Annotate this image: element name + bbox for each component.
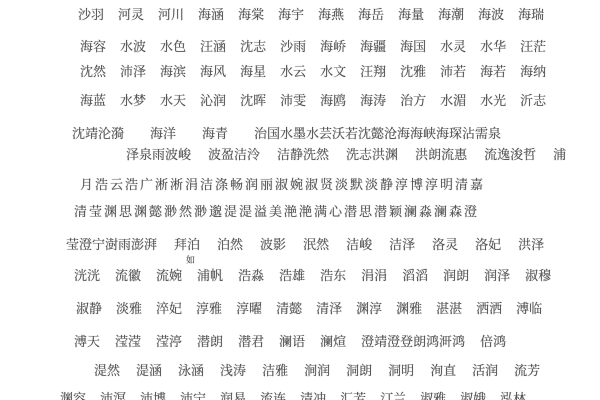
name-token: 澄靖澄登朗鸿涆鸿 [361,334,465,349]
name-token: 汪茫 [520,39,546,54]
name-token: 浅涛 [220,363,246,378]
name-token: 涓涓 [361,268,387,283]
name-token: 洒洒 [476,301,502,316]
name-token: 洸洸 [74,268,100,283]
name-row: 莹澄宁澍雨澎湃拜泊泊然波影泯然洁峻洁泽洛灵洛妃洪泽 [66,237,544,252]
name-token: 沂志 [520,93,546,108]
name-token: 沁润 [200,93,226,108]
name-token: 润泽 [484,268,510,283]
name-token: 海涛 [360,93,386,108]
name-token: 流徽 [115,268,141,283]
name-token: 海波 [478,7,504,22]
name-token: 沈晖 [240,93,266,108]
name-token: 淳雅 [196,301,222,316]
name-token: 浩东 [320,268,346,283]
name-token: 沈志 [240,39,266,54]
name-token: 拜泊 [174,237,200,252]
name-token: 海燕 [318,7,344,22]
name-token: 泊然 [217,237,243,252]
name-token: 海涵 [198,7,224,22]
name-token: 流连 [260,391,286,400]
name-token: 沈雅 [400,64,426,79]
name-token: 泽泉雨波峻 [126,147,191,162]
name-token: 洪泽 [518,237,544,252]
name-token: 海国 [400,39,426,54]
name-token: 渊容 [60,391,86,400]
name-token: 海纳 [520,64,546,79]
name-token: 湛湛 [436,301,462,316]
name-row: 如 [186,253,195,268]
name-token: 汪涵 [200,39,226,54]
name-token: 浦 [553,147,566,162]
name-token: 流婉 [156,268,182,283]
name-token: 清泽 [316,301,342,316]
name-token: 潜朗 [197,334,223,349]
name-token: 海疆 [360,39,386,54]
name-token: 汀兰 [380,391,406,400]
name-token: 汇芳 [340,391,366,400]
name-token: 海岳 [358,7,384,22]
name-token: 沈靖沦漪 [72,126,124,141]
name-token: 沛博 [140,391,166,400]
name-token: 水天 [160,93,186,108]
name-token: 潜君 [238,334,264,349]
name-token: 澜煊 [320,334,346,349]
name-token: 沈然 [80,64,106,79]
name-row: 淑静淡雅淬妃淳雅淳曜清懿清泽渊淳渊雅湛湛洒洒溥临 [76,301,542,316]
name-token: 洛妃 [475,237,501,252]
name-token: 海风 [200,64,226,79]
name-token: 海滨 [160,64,186,79]
name-token: 水文 [320,64,346,79]
name-token: 洗志洪渊 [346,147,398,162]
name-token: 淬妃 [156,301,182,316]
name-token: 沛雯 [280,93,306,108]
name-row: 溥天滢滢滢渟潜朗潜君澜语澜煊澄靖澄登朗鸿涆鸿倍鸿 [74,334,506,349]
name-row: 月浩云浩广淅淅涓洁涤畅润丽淑婉淑贤淡默淡静淳博淳明清嘉 [80,177,485,192]
name-token: 渊雅 [396,301,422,316]
name-token: 润易 [220,391,246,400]
name-row: 海容水波水色汪涵沈志沙雨海峤海疆海国水灵水华汪茫 [80,39,546,54]
name-token: 莹澄宁澍雨澎湃 [66,237,157,252]
name-token: 淑穆 [525,268,551,283]
name-token: 滔滔 [402,268,428,283]
name-token: 治方 [400,93,426,108]
name-token: 浦帆 [197,268,223,283]
name-token: 洁雅 [262,363,288,378]
name-row: 洸洸流徽流婉浦帆浩淼浩雄浩东涓涓滔滔润朗润泽淑穆 [74,268,551,283]
name-token: 湜然 [94,363,120,378]
name-token: 湜涵 [136,363,162,378]
name-token: 汪翔 [360,64,386,79]
name-token: 洵直 [430,363,456,378]
name-token: 洁泽 [389,237,415,252]
name-token: 洞朗 [346,363,372,378]
name-token: 水云 [280,64,306,79]
name-token: 洛灵 [432,237,458,252]
name-token: 波影 [260,237,286,252]
names-document-page: 沙羽河灵河川海涵海棠海宇海燕海岳海量海潮海波海瑞海容水波水色汪涵沈志沙雨海峤海疆… [0,0,600,400]
name-token: 沙羽 [78,7,104,22]
name-token: 淡雅 [116,301,142,316]
name-token: 澜语 [279,334,305,349]
name-token: 海潮 [438,7,464,22]
name-token: 泯然 [303,237,329,252]
name-token: 水光 [480,93,506,108]
name-token: 流芳 [514,363,540,378]
name-token: 淑雅 [420,391,446,400]
name-row: 沙羽河灵河川海涵海棠海宇海燕海岳海量海潮海波海瑞 [78,7,544,22]
name-token: 水湄 [440,93,466,108]
name-token: 海瑞 [518,7,544,22]
name-token: 浩雄 [279,268,305,283]
name-token: 涧润 [304,363,330,378]
name-row: 渊容沛溟沛博沛宁润易流连清冲汇芳汀兰淑雅淑娥泓林 [60,391,526,400]
name-token: 沛溟 [100,391,126,400]
name-token: 如 [186,253,195,268]
name-token: 海蓝 [80,93,106,108]
name-token: 月浩云浩广淅淅涓洁涤畅润丽淑婉淑贤淡默淡静淳博淳明清嘉 [80,177,485,192]
name-token: 洁静洗然 [277,147,329,162]
name-token: 水梦 [120,93,146,108]
name-token: 海宇 [278,7,304,22]
name-token: 海青 [202,126,228,141]
name-token: 清懿 [276,301,302,316]
name-token: 清莹渊思渊懿渺然渺邈湜湜溢美滟滟满心潜思潜颖澜淼澜森澄 [74,204,479,219]
name-token: 倍鸿 [480,334,506,349]
name-row: 清莹渊思渊懿渺然渺邈湜湜溢美滟滟满心潜思潜颖澜淼澜森澄 [74,204,479,219]
name-token: 活润 [472,363,498,378]
name-token: 海棠 [238,7,264,22]
name-token: 流逸浚哲 [484,147,536,162]
name-row: 泽泉雨波峻波盈洁泠洁静洗然洗志洪渊洪朗流惠流逸浚哲浦 [126,147,566,162]
name-token: 河灵 [118,7,144,22]
name-row: 沈靖沦漪海洋海青治国水墨水芸沃若沈懿沧海海峡海琛沾需泉 [72,126,501,141]
name-token: 海洋 [150,126,176,141]
name-token: 泓林 [500,391,526,400]
name-token: 治国水墨水芸沃若沈懿沧海海峡海琛沾需泉 [254,126,501,141]
name-token: 滢滢 [115,334,141,349]
name-token: 海容 [80,39,106,54]
name-token: 洞明 [388,363,414,378]
name-token: 沙雨 [280,39,306,54]
name-token: 滢渟 [156,334,182,349]
name-token: 水灵 [440,39,466,54]
name-token: 水波 [120,39,146,54]
name-token: 渊淳 [356,301,382,316]
name-token: 淳曜 [236,301,262,316]
name-token: 沛若 [440,64,466,79]
name-token: 海星 [240,64,266,79]
name-token: 沛泽 [120,64,146,79]
name-token: 浩淼 [238,268,264,283]
name-token: 水华 [480,39,506,54]
name-row: 湜然湜涵泳涵浅涛洁雅涧润洞朗洞明洵直活润流芳 [94,363,540,378]
name-token: 海若 [480,64,506,79]
name-token: 淑娥 [460,391,486,400]
name-token: 波盈洁泠 [208,147,260,162]
name-token: 泳涵 [178,363,204,378]
name-token: 清冲 [300,391,326,400]
name-token: 溥临 [516,301,542,316]
name-token: 润朗 [443,268,469,283]
name-token: 洪朗流惠 [415,147,467,162]
name-token: 海鸥 [320,93,346,108]
name-token: 沛宁 [180,391,206,400]
name-token: 溥天 [74,334,100,349]
name-row: 海蓝水梦水天沁润沈晖沛雯海鸥海涛治方水湄水光沂志 [80,93,546,108]
name-token: 洁峻 [346,237,372,252]
name-token: 海峤 [320,39,346,54]
name-row: 沈然沛泽海滨海风海星水云水文汪翔沈雅沛若海若海纳 [80,64,546,79]
name-token: 河川 [158,7,184,22]
name-token: 淑静 [76,301,102,316]
name-token: 水色 [160,39,186,54]
name-token: 海量 [398,7,424,22]
